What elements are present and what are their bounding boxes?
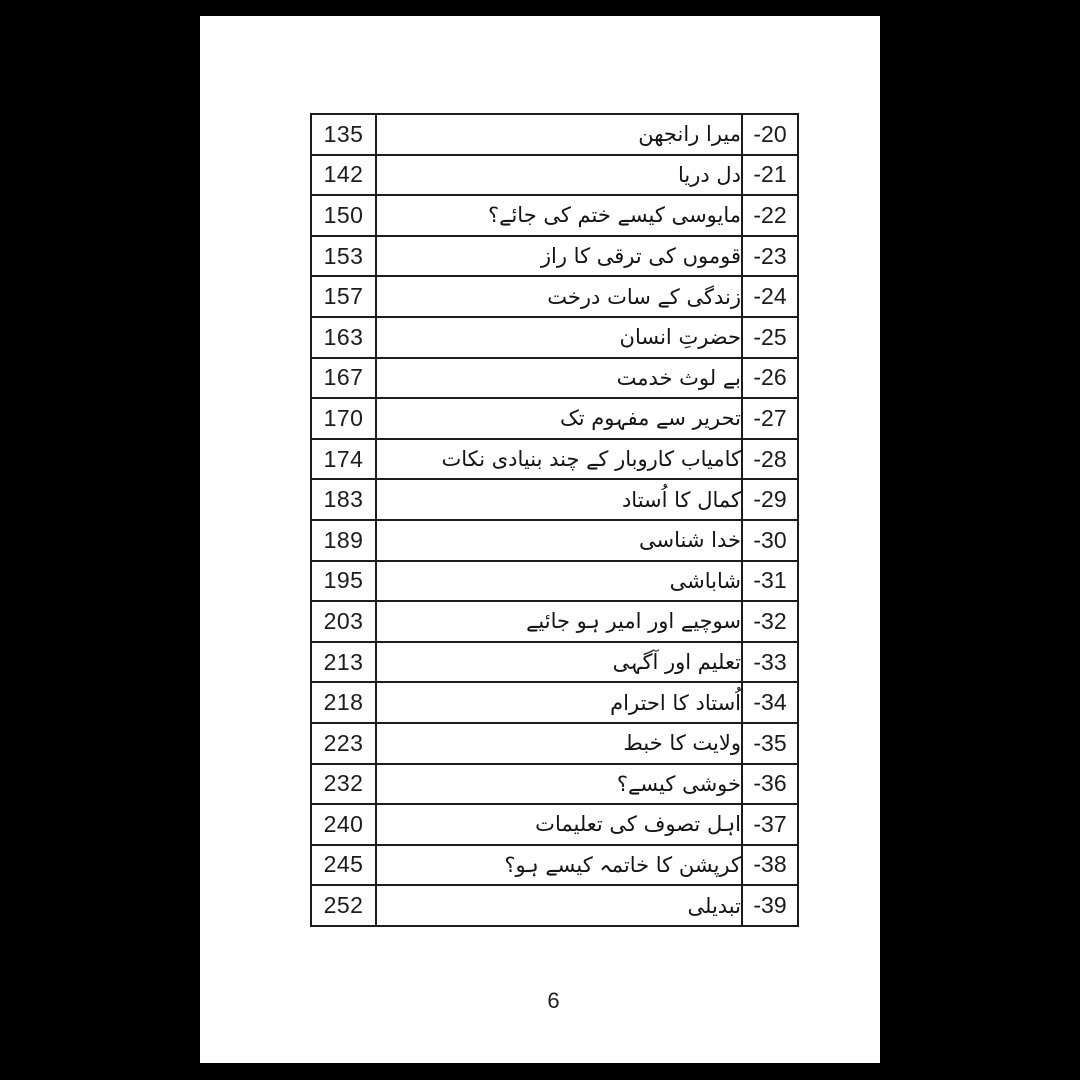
toc-chapter-title-cell: مایوسی کیسے ختم کی جائے؟: [376, 195, 742, 236]
toc-page-number-cell: 223: [311, 723, 376, 764]
toc-page-number-cell: 150: [311, 195, 376, 236]
toc-chapter-title-cell: سوچیے اور امیر ہو جائیے: [376, 601, 742, 642]
toc-row: 142 دل دریا -21: [311, 155, 798, 196]
toc-page-number-cell: 203: [311, 601, 376, 642]
toc-chapter-title-cell: خدا شناسی: [376, 520, 742, 561]
toc-row: 223 ولایت کا خبط -35: [311, 723, 798, 764]
toc-row: 232 خوشی کیسے؟ -36: [311, 764, 798, 805]
toc-chapter-title-cell: کرپشن کا خاتمہ کیسے ہو؟: [376, 845, 742, 886]
toc-page-number-cell: 183: [311, 479, 376, 520]
toc-page-number-cell: 157: [311, 276, 376, 317]
toc-row: 135 میرا رانجھن -20: [311, 114, 798, 155]
toc-row: 195 شاباشی -31: [311, 561, 798, 602]
toc-chapter-title-cell: اہل تصوف کی تعلیمات: [376, 804, 742, 845]
toc-chapter-title-cell: شاباشی: [376, 561, 742, 602]
toc-entry-number-cell: -37: [742, 804, 798, 845]
toc-chapter-title-cell: حضرتِ انسان: [376, 317, 742, 358]
toc-table: 135 میرا رانجھن -20 142 دل دریا -21 150 …: [310, 113, 799, 927]
toc-page-number-cell: 240: [311, 804, 376, 845]
toc-entry-number-cell: -33: [742, 642, 798, 683]
footer-page-number: 6: [310, 988, 797, 1014]
toc-page-number-cell: 252: [311, 885, 376, 926]
toc-entry-number-cell: -29: [742, 479, 798, 520]
toc-page-number-cell: 135: [311, 114, 376, 155]
toc-chapter-title-cell: خوشی کیسے؟: [376, 764, 742, 805]
toc-page-number-cell: 189: [311, 520, 376, 561]
toc-entry-number-cell: -24: [742, 276, 798, 317]
toc-entry-number-cell: -31: [742, 561, 798, 602]
toc-row: 189 خدا شناسی -30: [311, 520, 798, 561]
toc-row: 174 کامیاب کاروبار کے چند بنیادی نکات -2…: [311, 439, 798, 480]
toc-chapter-title-cell: تبدیلی: [376, 885, 742, 926]
toc-chapter-title-cell: دل دریا: [376, 155, 742, 196]
toc-chapter-title-cell: قوموں کی ترقی کا راز: [376, 236, 742, 277]
toc-chapter-title-cell: اُستاد کا احترام: [376, 682, 742, 723]
toc-row: 153 قوموں کی ترقی کا راز -23: [311, 236, 798, 277]
toc-page-number-cell: 142: [311, 155, 376, 196]
toc-entry-number-cell: -36: [742, 764, 798, 805]
toc-entry-number-cell: -23: [742, 236, 798, 277]
toc-row: 252 تبدیلی -39: [311, 885, 798, 926]
toc-entry-number-cell: -38: [742, 845, 798, 886]
toc-page-number-cell: 218: [311, 682, 376, 723]
toc-entry-number-cell: -26: [742, 358, 798, 399]
toc-entry-number-cell: -30: [742, 520, 798, 561]
toc-chapter-title-cell: تحریر سے مفہوم تک: [376, 398, 742, 439]
toc-row: 150 مایوسی کیسے ختم کی جائے؟ -22: [311, 195, 798, 236]
toc-page-number-cell: 245: [311, 845, 376, 886]
toc-chapter-title-cell: کامیاب کاروبار کے چند بنیادی نکات: [376, 439, 742, 480]
toc-entry-number-cell: -20: [742, 114, 798, 155]
toc-page-number-cell: 195: [311, 561, 376, 602]
toc-chapter-title-cell: میرا رانجھن: [376, 114, 742, 155]
toc-row: 213 تعلیم اور آگہی -33: [311, 642, 798, 683]
toc-entry-number-cell: -32: [742, 601, 798, 642]
toc-page-number-cell: 213: [311, 642, 376, 683]
toc-entry-number-cell: -22: [742, 195, 798, 236]
toc-page-number-cell: 163: [311, 317, 376, 358]
toc-page-number-cell: 170: [311, 398, 376, 439]
toc-row: 157 زندگی کے سات درخت -24: [311, 276, 798, 317]
toc-chapter-title-cell: کمال کا اُستاد: [376, 479, 742, 520]
toc-page-number-cell: 232: [311, 764, 376, 805]
toc-chapter-title-cell: ولایت کا خبط: [376, 723, 742, 764]
toc-row: 245 کرپشن کا خاتمہ کیسے ہو؟ -38: [311, 845, 798, 886]
toc-page-number-cell: 167: [311, 358, 376, 399]
toc-entry-number-cell: -27: [742, 398, 798, 439]
toc-row: 167 بے لوث خدمت -26: [311, 358, 798, 399]
toc-row: 163 حضرتِ انسان -25: [311, 317, 798, 358]
toc-entry-number-cell: -28: [742, 439, 798, 480]
toc-chapter-title-cell: تعلیم اور آگہی: [376, 642, 742, 683]
toc-page-number-cell: 174: [311, 439, 376, 480]
toc-row: 218 اُستاد کا احترام -34: [311, 682, 798, 723]
toc-table-body: 135 میرا رانجھن -20 142 دل دریا -21 150 …: [311, 114, 798, 926]
toc-row: 203 سوچیے اور امیر ہو جائیے -32: [311, 601, 798, 642]
toc-entry-number-cell: -25: [742, 317, 798, 358]
toc-entry-number-cell: -39: [742, 885, 798, 926]
toc-chapter-title-cell: زندگی کے سات درخت: [376, 276, 742, 317]
toc-chapter-title-cell: بے لوث خدمت: [376, 358, 742, 399]
toc-page-number-cell: 153: [311, 236, 376, 277]
toc-row: 170 تحریر سے مفہوم تک -27: [311, 398, 798, 439]
book-page: 135 میرا رانجھن -20 142 دل دریا -21 150 …: [200, 16, 880, 1063]
toc-entry-number-cell: -21: [742, 155, 798, 196]
toc-entry-number-cell: -34: [742, 682, 798, 723]
toc-entry-number-cell: -35: [742, 723, 798, 764]
toc-row: 183 کمال کا اُستاد -29: [311, 479, 798, 520]
toc-row: 240 اہل تصوف کی تعلیمات -37: [311, 804, 798, 845]
